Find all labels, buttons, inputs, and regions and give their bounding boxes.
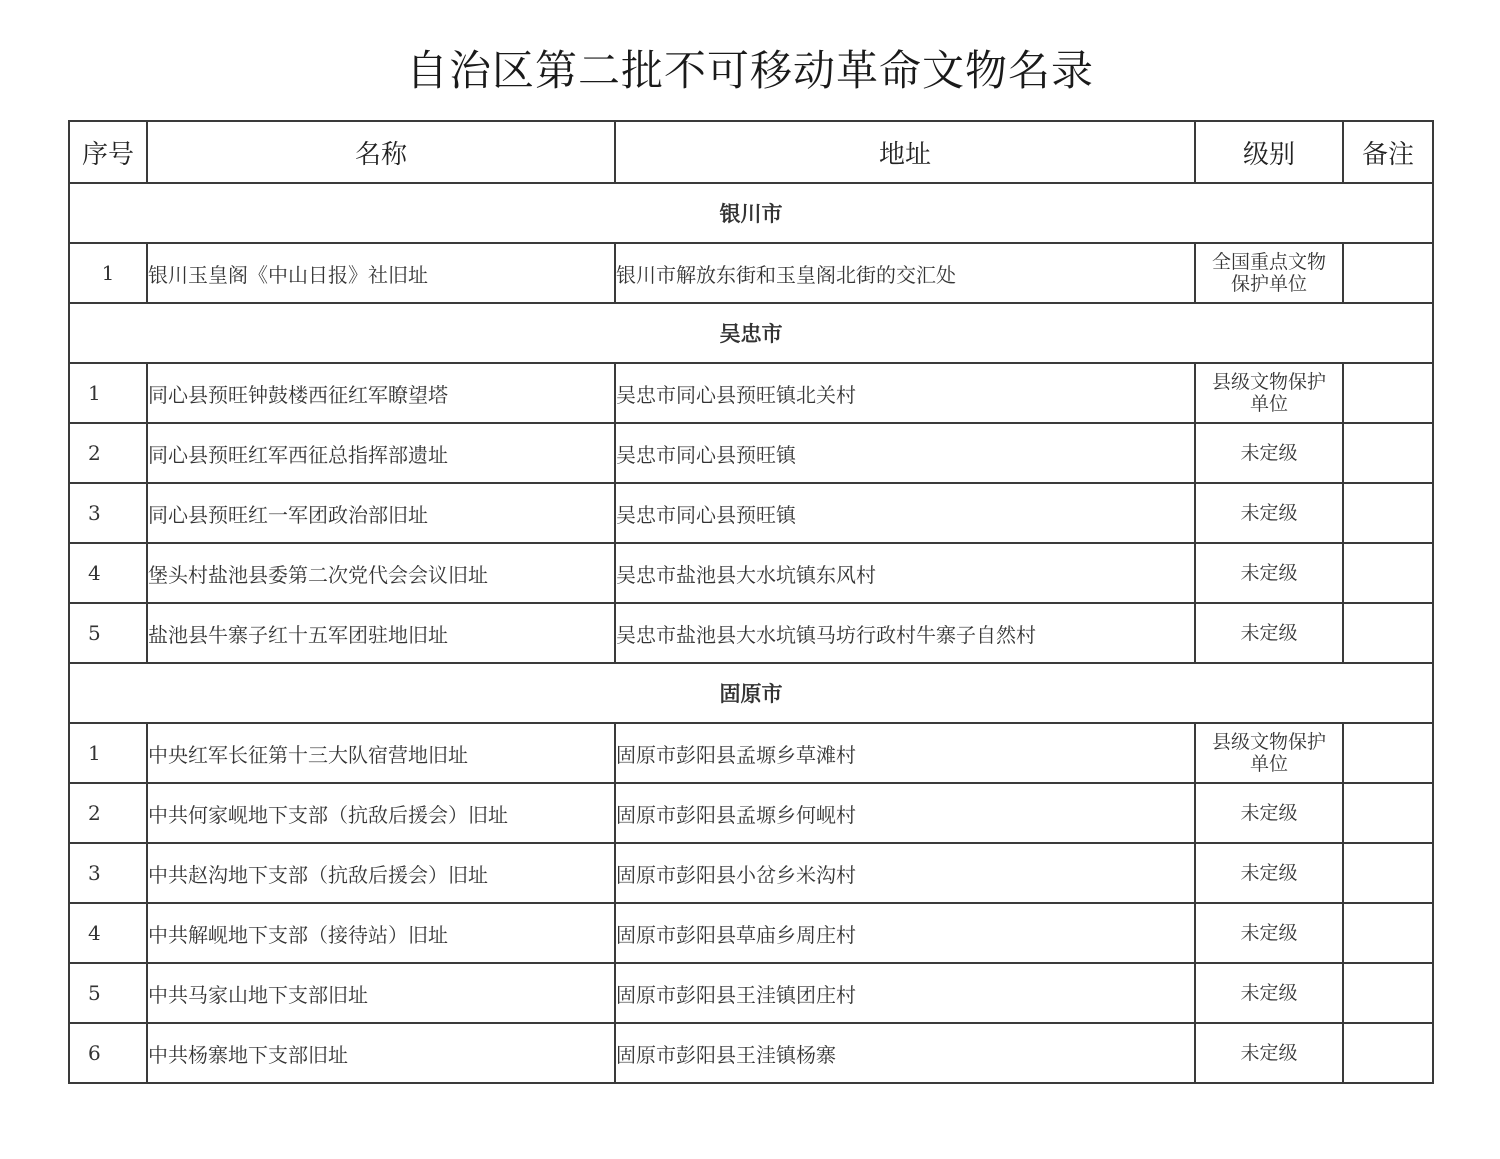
cell-name: 中共马家山地下支部旧址 [147, 963, 615, 1023]
cell-no: 1 [69, 723, 147, 783]
cell-address: 吴忠市盐池县大水坑镇马坊行政村牛寨子自然村 [615, 603, 1195, 663]
cell-no: 2 [69, 423, 147, 483]
group-title: 银川市 [69, 183, 1433, 243]
header-note: 备注 [1343, 121, 1433, 183]
cell-address: 吴忠市盐池县大水坑镇东风村 [615, 543, 1195, 603]
cell-name: 中共解岘地下支部（接待站）旧址 [147, 903, 615, 963]
cell-name: 同心县预旺钟鼓楼西征红军瞭望塔 [147, 363, 615, 423]
cell-note [1343, 423, 1433, 483]
level-text: 县级文物保护单位 [1210, 371, 1328, 415]
header-address: 地址 [615, 121, 1195, 183]
cell-address: 银川市解放东街和玉皇阁北街的交汇处 [615, 243, 1195, 303]
level-text: 未定级 [1210, 622, 1328, 644]
level-text: 未定级 [1210, 502, 1328, 524]
table-row: 1 中央红军长征第十三大队宿营地旧址 固原市彭阳县孟塬乡草滩村 县级文物保护单位 [69, 723, 1433, 783]
cell-name: 中共杨寨地下支部旧址 [147, 1023, 615, 1083]
header-row: 序号 名称 地址 级别 备注 [69, 121, 1433, 183]
cell-address: 吴忠市同心县预旺镇 [615, 423, 1195, 483]
cell-address: 固原市彭阳县王洼镇杨寨 [615, 1023, 1195, 1083]
cell-no: 1 [69, 243, 147, 303]
cell-note [1343, 783, 1433, 843]
cell-note [1343, 363, 1433, 423]
cell-address: 固原市彭阳县草庙乡周庄村 [615, 903, 1195, 963]
cell-no: 3 [69, 843, 147, 903]
cell-note [1343, 1023, 1433, 1083]
table-row: 3 中共赵沟地下支部（抗敌后援会）旧址 固原市彭阳县小岔乡米沟村 未定级 [69, 843, 1433, 903]
cell-address: 固原市彭阳县孟塬乡何岘村 [615, 783, 1195, 843]
cell-name: 中央红军长征第十三大队宿营地旧址 [147, 723, 615, 783]
cell-address: 固原市彭阳县小岔乡米沟村 [615, 843, 1195, 903]
level-text: 未定级 [1210, 442, 1328, 464]
cell-no: 3 [69, 483, 147, 543]
cell-no: 1 [69, 363, 147, 423]
header-name: 名称 [147, 121, 615, 183]
cell-note [1343, 723, 1433, 783]
header-level: 级别 [1195, 121, 1343, 183]
cell-no: 6 [69, 1023, 147, 1083]
cell-no: 5 [69, 963, 147, 1023]
cell-level: 全国重点文物保护单位 [1195, 243, 1343, 303]
cell-name: 中共何家岘地下支部（抗敌后援会）旧址 [147, 783, 615, 843]
cell-note [1343, 243, 1433, 303]
cell-level: 未定级 [1195, 483, 1343, 543]
group-row-wuzhong: 吴忠市 [69, 303, 1433, 363]
cell-note [1343, 603, 1433, 663]
level-text: 未定级 [1210, 562, 1328, 584]
table-row: 5 盐池县牛寨子红十五军团驻地旧址 吴忠市盐池县大水坑镇马坊行政村牛寨子自然村 … [69, 603, 1433, 663]
cell-name: 盐池县牛寨子红十五军团驻地旧址 [147, 603, 615, 663]
cell-level: 未定级 [1195, 783, 1343, 843]
cell-level: 未定级 [1195, 903, 1343, 963]
level-text: 县级文物保护单位 [1210, 731, 1328, 775]
cell-name: 中共赵沟地下支部（抗敌后援会）旧址 [147, 843, 615, 903]
group-title: 吴忠市 [69, 303, 1433, 363]
table-row: 5 中共马家山地下支部旧址 固原市彭阳县王洼镇团庄村 未定级 [69, 963, 1433, 1023]
table-row: 3 同心县预旺红一军团政治部旧址 吴忠市同心县预旺镇 未定级 [69, 483, 1433, 543]
cell-no: 4 [69, 543, 147, 603]
header-no: 序号 [69, 121, 147, 183]
cell-level: 县级文物保护单位 [1195, 723, 1343, 783]
cell-level: 未定级 [1195, 543, 1343, 603]
level-text: 未定级 [1210, 862, 1328, 884]
cell-note [1343, 543, 1433, 603]
cell-name: 同心县预旺红军西征总指挥部遗址 [147, 423, 615, 483]
level-text: 未定级 [1210, 1042, 1328, 1064]
cell-name: 银川玉皇阁《中山日报》社旧址 [147, 243, 615, 303]
group-title: 固原市 [69, 663, 1433, 723]
cell-note [1343, 843, 1433, 903]
cell-address: 吴忠市同心县预旺镇 [615, 483, 1195, 543]
cell-no: 2 [69, 783, 147, 843]
cell-address: 固原市彭阳县王洼镇团庄村 [615, 963, 1195, 1023]
cell-level: 未定级 [1195, 603, 1343, 663]
cell-level: 未定级 [1195, 1023, 1343, 1083]
document-title: 自治区第二批不可移动革命文物名录 [0, 38, 1500, 98]
cell-name: 同心县预旺红一军团政治部旧址 [147, 483, 615, 543]
level-text: 全国重点文物保护单位 [1210, 251, 1328, 295]
cell-level: 未定级 [1195, 843, 1343, 903]
level-text: 未定级 [1210, 802, 1328, 824]
cell-level: 未定级 [1195, 423, 1343, 483]
level-text: 未定级 [1210, 982, 1328, 1004]
cell-level: 县级文物保护单位 [1195, 363, 1343, 423]
table-row: 1 银川玉皇阁《中山日报》社旧址 银川市解放东街和玉皇阁北街的交汇处 全国重点文… [69, 243, 1433, 303]
cell-level: 未定级 [1195, 963, 1343, 1023]
cell-no: 5 [69, 603, 147, 663]
table-row: 2 同心县预旺红军西征总指挥部遗址 吴忠市同心县预旺镇 未定级 [69, 423, 1433, 483]
cell-name: 堡头村盐池县委第二次党代会会议旧址 [147, 543, 615, 603]
level-text: 未定级 [1210, 922, 1328, 944]
table-row: 2 中共何家岘地下支部（抗敌后援会）旧址 固原市彭阳县孟塬乡何岘村 未定级 [69, 783, 1433, 843]
table-row: 4 堡头村盐池县委第二次党代会会议旧址 吴忠市盐池县大水坑镇东风村 未定级 [69, 543, 1433, 603]
cell-note [1343, 903, 1433, 963]
group-row-yinchuan: 银川市 [69, 183, 1433, 243]
cell-note [1343, 483, 1433, 543]
cell-address: 固原市彭阳县孟塬乡草滩村 [615, 723, 1195, 783]
relics-table: 序号 名称 地址 级别 备注 银川市 1 银川玉皇阁《中山日报》社旧址 银川市解… [68, 120, 1434, 1084]
cell-no: 4 [69, 903, 147, 963]
cell-note [1343, 963, 1433, 1023]
cell-address: 吴忠市同心县预旺镇北关村 [615, 363, 1195, 423]
table-row: 1 同心县预旺钟鼓楼西征红军瞭望塔 吴忠市同心县预旺镇北关村 县级文物保护单位 [69, 363, 1433, 423]
group-row-guyuan: 固原市 [69, 663, 1433, 723]
table-row: 6 中共杨寨地下支部旧址 固原市彭阳县王洼镇杨寨 未定级 [69, 1023, 1433, 1083]
table-row: 4 中共解岘地下支部（接待站）旧址 固原市彭阳县草庙乡周庄村 未定级 [69, 903, 1433, 963]
